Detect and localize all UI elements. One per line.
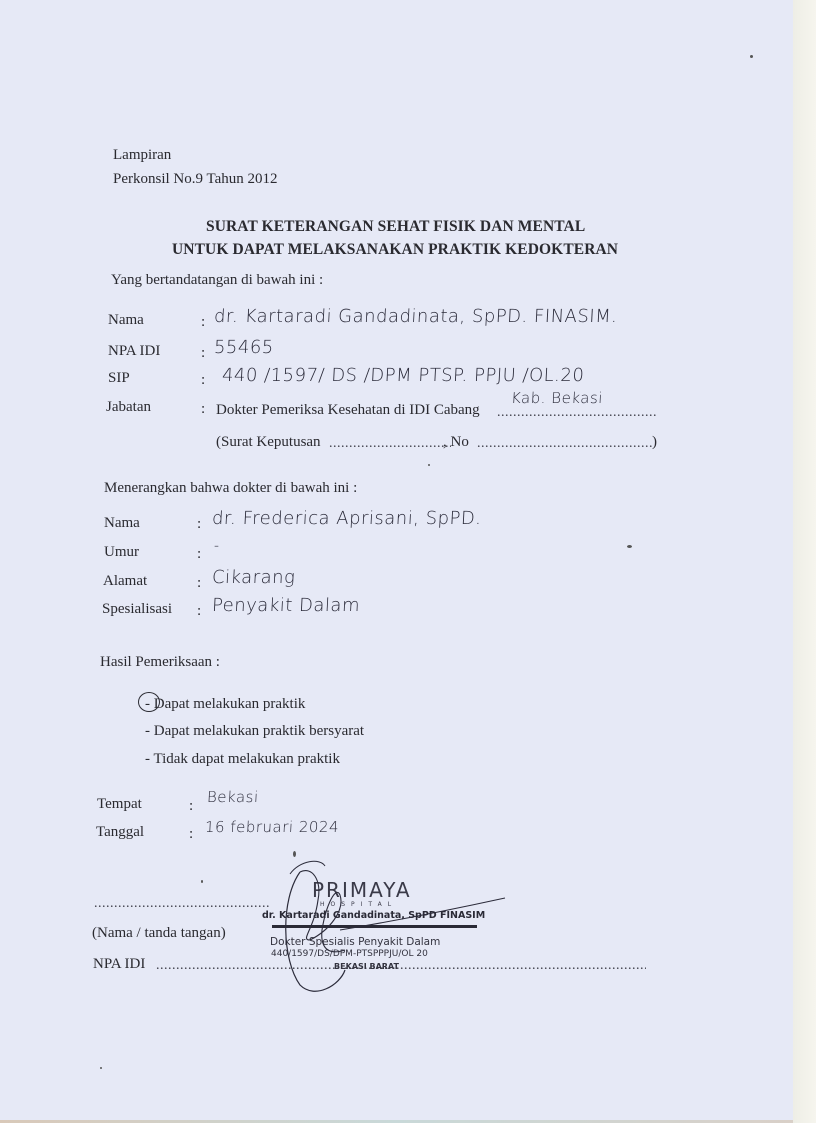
colon: : bbox=[197, 603, 201, 620]
dotted-fill-line: ........................................… bbox=[477, 436, 653, 452]
attachment-label: Lampiran bbox=[113, 147, 171, 164]
colon: : bbox=[197, 546, 201, 563]
signature-caption: (Nama / tanda tangan) bbox=[92, 925, 226, 942]
npa-idi-label: NPA IDI bbox=[93, 956, 145, 973]
subject-age-value: - bbox=[214, 538, 220, 554]
scanner-margin bbox=[793, 0, 816, 1123]
subject-specialty-label: Spesialisasi bbox=[102, 601, 172, 618]
result-option-conditional: - Dapat melakukan praktik bersyarat bbox=[145, 723, 364, 740]
colon: : bbox=[201, 314, 205, 331]
signature-dotted-line: ........................................… bbox=[94, 896, 269, 912]
signer-intro: Yang bertandatangan di bawah ini : bbox=[111, 272, 323, 289]
place-value: Bekasi bbox=[207, 788, 260, 806]
result-option-able: - Dapat melakukan praktik bbox=[145, 696, 305, 713]
subject-specialty-value: Penyakit Dalam bbox=[211, 595, 360, 616]
stamp-sip: 440/1597/DS/DPM-PTSPPPJU/OL 20 bbox=[271, 949, 428, 959]
place-label: Tempat bbox=[97, 796, 142, 813]
stamp-specialty: Dokter Spesialis Penyakit Dalam bbox=[270, 936, 440, 948]
scan-speck bbox=[627, 545, 632, 548]
colon: : bbox=[197, 575, 201, 592]
colon: : bbox=[201, 401, 205, 418]
colon: : bbox=[201, 345, 205, 362]
date-value: 16 februari 2024 bbox=[205, 818, 340, 836]
idi-branch-handwritten: Kab. Bekasi bbox=[511, 389, 604, 407]
subject-name-value: dr. Frederica Aprisani, SpPD. bbox=[211, 508, 482, 529]
colon: : bbox=[189, 798, 193, 815]
scan-speck bbox=[293, 851, 296, 857]
scan-speck bbox=[750, 55, 753, 58]
signer-npa-label: NPA IDI bbox=[108, 343, 160, 360]
signer-sip-label: SIP bbox=[108, 370, 130, 387]
result-option-unable: - Tidak dapat melakukan praktik bbox=[145, 751, 340, 768]
date-label: Tanggal bbox=[96, 824, 144, 841]
subject-name-label: Nama bbox=[104, 515, 140, 532]
signer-position-value: Dokter Pemeriksa Kesehatan di IDI Cabang bbox=[216, 402, 480, 419]
stamp-divider bbox=[272, 925, 477, 928]
colon: : bbox=[197, 516, 201, 533]
scan-speck bbox=[428, 464, 430, 466]
signer-name-label: Nama bbox=[108, 312, 144, 329]
regulation-reference: Perkonsil No.9 Tahun 2012 bbox=[113, 171, 278, 188]
stamp-doctor-name: dr. Kartaradi Gandadinata, SpPD FINASIM bbox=[262, 910, 485, 921]
subject-age-label: Umur bbox=[104, 544, 139, 561]
colon: : bbox=[189, 826, 193, 843]
document-title-line2: UNTUK DAPAT MELAKSANAKAN PRAKTIK KEDOKTE… bbox=[172, 241, 618, 259]
subject-address-label: Alamat bbox=[103, 573, 147, 590]
decree-no: , No bbox=[443, 434, 469, 451]
subject-address-value: Cikarang bbox=[211, 567, 295, 588]
stamp-brand-sub: HOSPITAL bbox=[320, 901, 397, 908]
stamp-brand: PRIMAYA bbox=[312, 878, 412, 902]
result-heading: Hasil Pemeriksaan : bbox=[100, 654, 220, 671]
decree-open: (Surat Keputusan bbox=[216, 434, 321, 451]
signer-name-value: dr. Kartaradi Gandadinata, SpPD. FINASIM… bbox=[213, 306, 617, 327]
dotted-fill-line: .................................. bbox=[329, 436, 451, 452]
signer-npa-value: 55465 bbox=[213, 337, 274, 358]
scan-speck bbox=[100, 1067, 102, 1069]
signer-position-label: Jabatan bbox=[106, 399, 151, 416]
scan-speck bbox=[201, 880, 203, 883]
signer-sip-value: 440 /1597/ DS /DPM PTSP. PPJU /OL.20 bbox=[221, 365, 584, 386]
document-title-line1: SURAT KETERANGAN SEHAT FISIK DAN MENTAL bbox=[206, 218, 585, 236]
decree-close: ) bbox=[652, 434, 657, 451]
hospital-stamp: PRIMAYA HOSPITAL dr. Kartaradi Gandadina… bbox=[260, 870, 520, 990]
stamp-city: BEKASI BARAT bbox=[334, 962, 399, 971]
subject-intro: Menerangkan bahwa dokter di bawah ini : bbox=[104, 480, 357, 497]
dotted-fill-line: ........................................… bbox=[497, 405, 657, 421]
colon: : bbox=[201, 372, 205, 389]
